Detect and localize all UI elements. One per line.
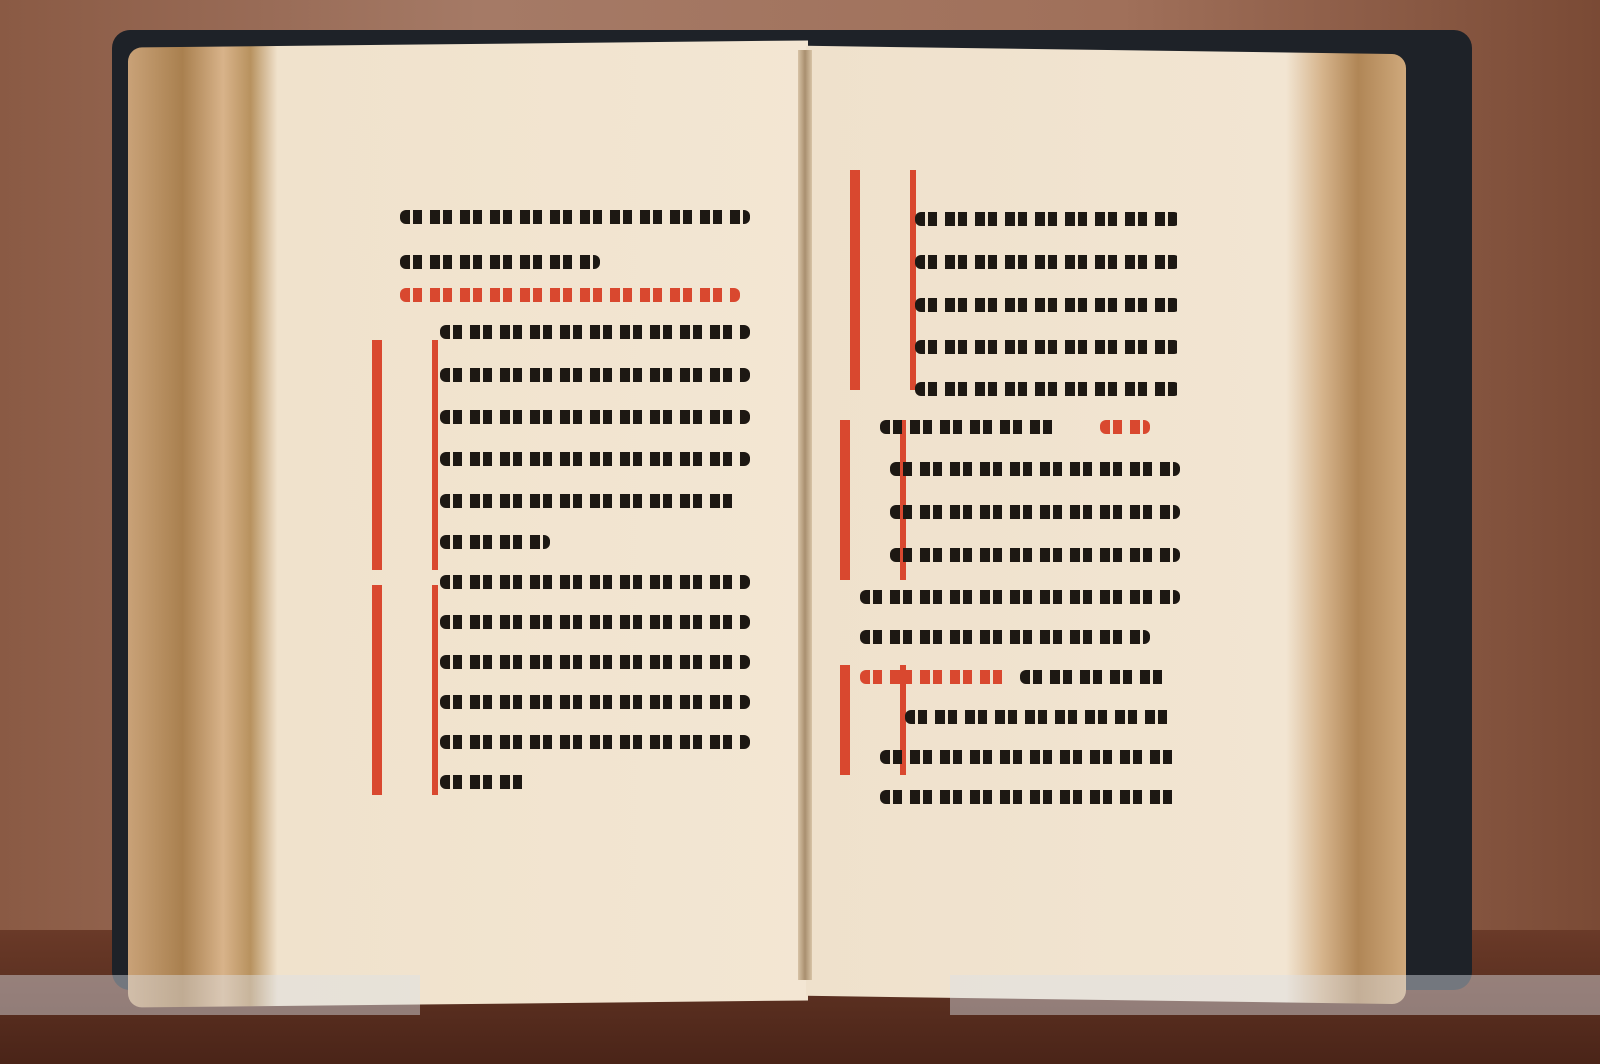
text-line xyxy=(440,535,550,549)
text-line xyxy=(880,790,1180,804)
illuminated-initial xyxy=(372,340,438,570)
illuminated-initial xyxy=(850,170,916,390)
text-line xyxy=(915,340,1180,354)
text-line xyxy=(890,462,1180,476)
illuminated-initial xyxy=(372,585,438,795)
display-stand-right xyxy=(950,975,1600,1015)
text-line xyxy=(880,750,1180,764)
book-gutter xyxy=(798,50,812,980)
text-line xyxy=(880,420,1060,434)
text-line xyxy=(440,775,530,789)
text-line xyxy=(915,382,1180,396)
text-line xyxy=(440,325,750,339)
display-stand-left xyxy=(0,975,420,1015)
left-page xyxy=(128,40,808,1007)
text-line xyxy=(400,210,750,224)
text-line xyxy=(440,410,750,424)
rubric-line xyxy=(400,288,740,302)
text-line xyxy=(915,298,1180,312)
text-line xyxy=(1020,670,1170,684)
text-line xyxy=(440,368,750,382)
text-line xyxy=(440,735,750,749)
text-line xyxy=(860,630,1150,644)
text-line xyxy=(890,548,1180,562)
text-line xyxy=(440,615,750,629)
text-line xyxy=(440,575,750,589)
text-line xyxy=(440,655,750,669)
text-line xyxy=(440,452,750,466)
text-line xyxy=(915,255,1180,269)
text-line xyxy=(915,212,1180,226)
text-line xyxy=(860,590,1180,604)
rubric-line xyxy=(860,670,1010,684)
rubric-line xyxy=(1100,420,1150,434)
text-line xyxy=(440,695,750,709)
text-line xyxy=(400,255,600,269)
text-line xyxy=(890,505,1180,519)
text-line xyxy=(905,710,1175,724)
text-line xyxy=(440,494,740,508)
